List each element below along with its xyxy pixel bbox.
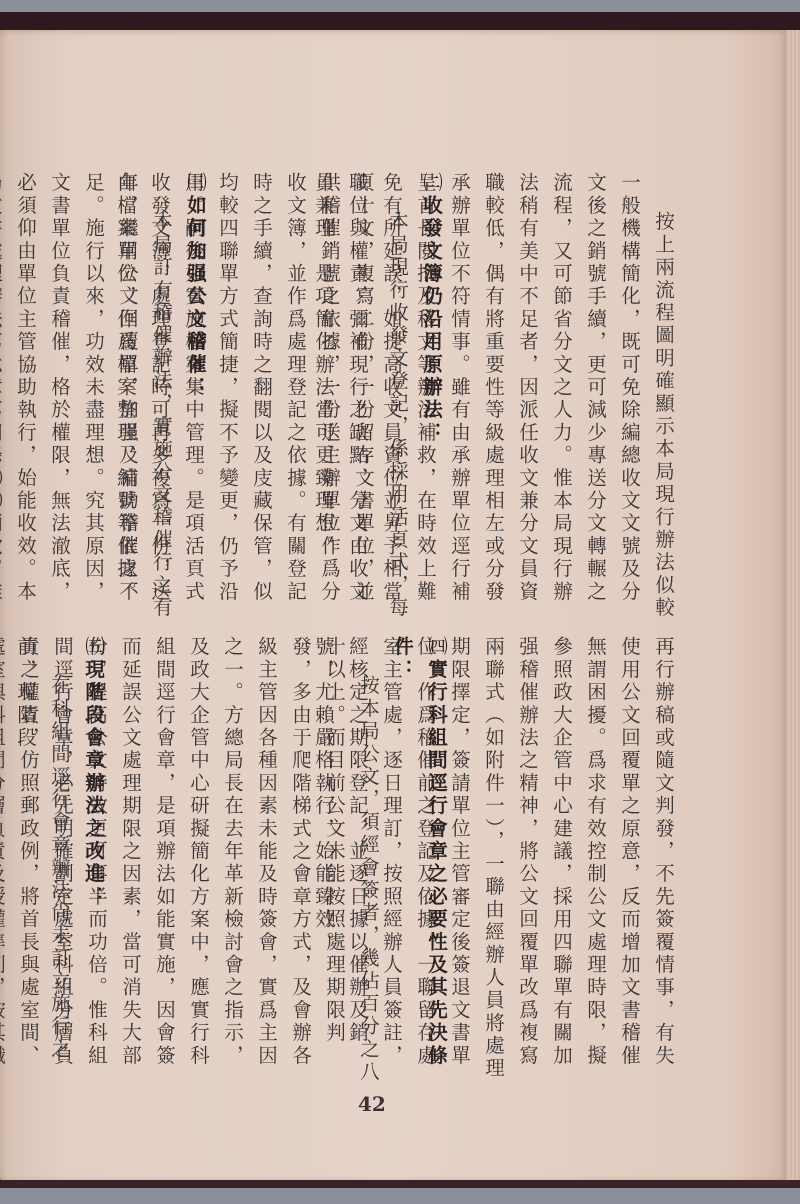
page-number: 42 bbox=[358, 1092, 386, 1116]
section-2-title: 收發文簿仍沿用原辦法： bbox=[420, 195, 443, 445]
section-3-heading: ㈢如何加强公文稽催： bbox=[178, 172, 212, 620]
section-3: ㈢如何加强公文稽催： 本局訂有稽催辦法，實施公文稽催行之有年，繼用公文回覆單，加… bbox=[12, 172, 212, 620]
section-2: ㈡收發文簿仍沿用原辦法： 本局現行收發文登記，係採用活頁式，每頁十文，複寫二份，… bbox=[213, 172, 448, 620]
section-2-heading: ㈡收發文簿仍沿用原辦法： bbox=[414, 172, 448, 620]
section-4-number: ㈣ bbox=[425, 636, 448, 659]
section-5-body: 在科組間逕行會章辦法尙未訂立施行之前，現階段 bbox=[8, 636, 76, 1084]
section-3-title: 如何加强公文稽催： bbox=[184, 195, 207, 399]
section-5-number: ㈤ bbox=[82, 636, 105, 659]
section-4-heading: ㈣實行科組間逕行會章之必要性及其先決條件： bbox=[385, 636, 453, 1084]
top-intro-paragraph: 按上兩流程圖明確顯示本局現行辦法似較一般機構簡化，既可免除編總收文文號及分文後之… bbox=[450, 172, 680, 620]
section-4: ㈣實行科組間逕行會章之必要性及其先決條件： 按本局公文，須經會簽者，幾佔百分之八… bbox=[113, 636, 453, 1084]
book-cover-bottom bbox=[0, 1180, 800, 1204]
page-stack-edge bbox=[786, 30, 800, 1182]
section-2-number: ㈡ bbox=[420, 172, 443, 195]
section-3-number: ㈢ bbox=[184, 172, 207, 195]
section-5: ㈤現階段會章辦法之改進： 在科組間逕行會章辦法尙未訂立施行之前，現階段 bbox=[10, 636, 110, 1084]
section-3-body: 本局訂有稽催辦法，實施公文稽催行之有年，繼用公文回覆單，加强及補助稽催之不足。施… bbox=[0, 172, 178, 620]
section-5-heading: ㈤現階段會章辦法之改進： bbox=[76, 636, 110, 1084]
bottom-continuation: 再行辦稿或隨文判發，不先簽覆情事，有失使用公文回覆單之原意，反而增加文書稽催無謂… bbox=[455, 636, 680, 1084]
section-5-title: 現階段會章辦法之改進： bbox=[82, 659, 105, 909]
section-4-title: 實行科組間逕行會章之必要性及其先決條件： bbox=[391, 636, 448, 1067]
